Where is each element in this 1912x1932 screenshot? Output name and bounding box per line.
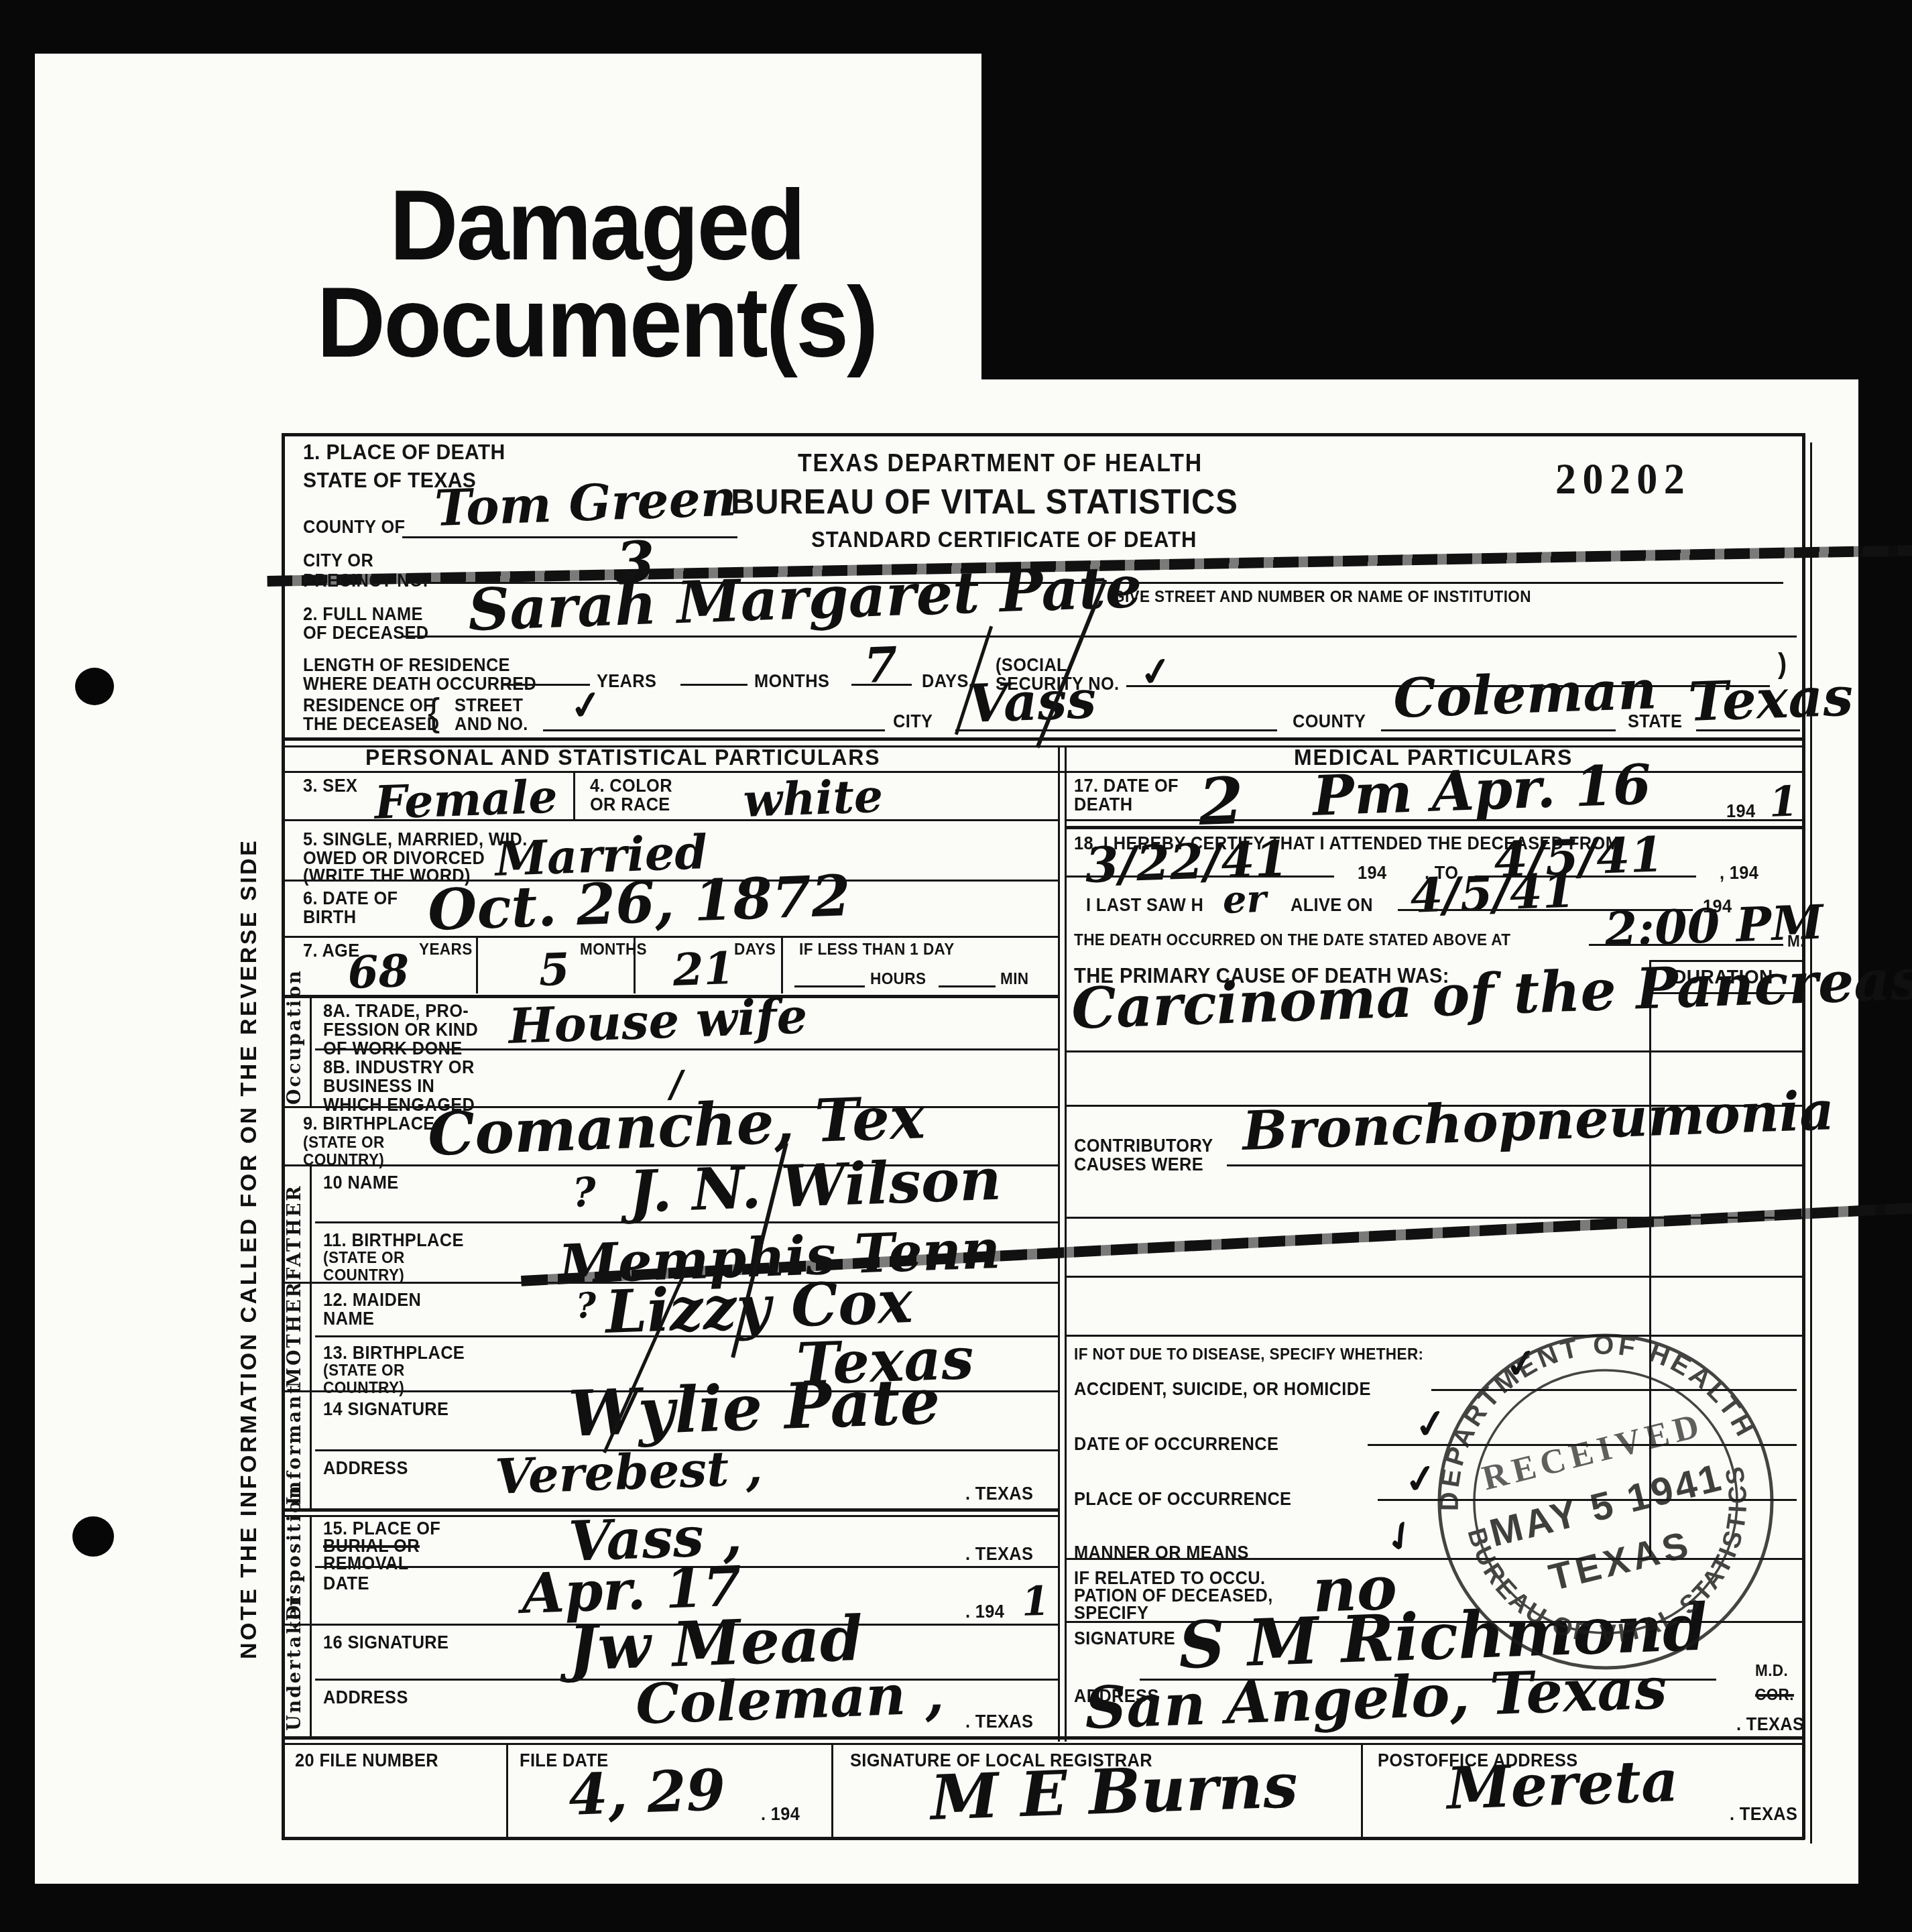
label-addr-texas: . TEXAS [1736,1715,1804,1734]
label-sig: SIGNATURE [1074,1629,1175,1648]
hw-county2: Coleman [1392,658,1658,730]
label-of-deceased: OF DECEASED [303,623,428,643]
label-father-bp1: 11. BIRTHPLACE [323,1231,464,1250]
hw-age-days: 21 [672,942,735,996]
label-md: M.D. [1755,1663,1788,1679]
label-undertaker-addr: ADDRESS [323,1688,408,1707]
label-years: YEARS [597,672,656,691]
label-precinct-no: PRECINCT NO. [303,571,428,591]
label-sex: 3. SEX [303,776,357,796]
label-length-residence1: LENGTH OF RESIDENCE [303,656,510,675]
label-undertaker-sig: 16 SIGNATURE [323,1633,449,1652]
title-department: TEXAS DEPARTMENT OF HEALTH [798,450,1203,476]
label-days: DAYS. [922,672,973,691]
label-date-194: . 194 [965,1602,1004,1622]
label-dateocc: DATE OF OCCURRENCE [1074,1435,1278,1454]
divider-mother [310,1282,312,1390]
rule-min-blank [939,985,996,987]
group-father: FATHER [284,1173,305,1280]
label-residence-of: RESIDENCE OF [303,696,434,715]
label-length-residence2: WHERE DEATH OCCURRED [303,674,536,694]
label-if-less: IF LESS THAN 1 DAY [799,941,955,958]
label-informant-addr: ADDRESS [323,1459,408,1478]
label-burial-date: DATE [323,1574,369,1593]
rule-contrib-blank [1227,1164,1649,1166]
divider-age3 [781,937,783,993]
hw-dod: Pm Apr. 16 [1312,752,1653,829]
rule-dod-row1 [1066,819,1802,821]
damaged-line2: Document(s) [282,274,912,371]
margin-note: NOTE THE INFORMATION CALLED FOR ON THE R… [236,721,262,1659]
divider-disposition [310,1515,312,1624]
label-dod1: 17. DATE OF [1074,776,1179,796]
group-undertaker: Undertaker [284,1630,305,1731]
hw-file-date: 4, 29 [568,1756,727,1828]
form-border-bottom [282,1837,1805,1840]
rule-occurred-blank [1589,944,1783,946]
rule-bottom-band2 [282,1743,1805,1745]
label-lastsaw2: ALIVE ON [1291,896,1373,915]
divider-bottom2 [831,1743,833,1837]
label-contrib1: CONTRIBUTORY [1074,1136,1213,1156]
label-dod2: DEATH [1074,795,1132,814]
hw-date-year: 1 [1021,1578,1051,1626]
label-ifnot: IF NOT DUE TO DISEASE, SPECIFY WHETHER: [1074,1346,1423,1363]
check-street: ✓ [567,680,606,730]
label-street: STREET [455,696,523,715]
rule-months-blank [680,684,748,686]
label-city: CITY [893,712,933,731]
label-the-deceased: THE DECEASED [303,715,439,734]
hole-punch-bottom [72,1516,114,1557]
label-age-months: MONTHS [580,941,647,958]
label-min: MIN [1000,971,1028,987]
label-industry2: BUSINESS IN [323,1077,434,1096]
rule-state-blank [1696,729,1800,731]
group-occupation: Occupation [284,1004,305,1105]
certificate-number: 20202 [1555,456,1691,503]
divider-bottom1 [506,1743,508,1837]
rule-contrib-row [1066,1217,1802,1219]
divider-occupation [310,995,312,1106]
label-birthplace1: 9. BIRTHPLACE [303,1114,435,1134]
label-and-no: AND NO. [455,715,528,734]
label-industry1: 8B. INDUSTRY OR [323,1058,475,1077]
rule-days-blank [851,684,912,686]
label-mid-194: 194 [1358,863,1386,883]
rule-street-blank [543,729,885,731]
label-trade1: 8A. TRADE, PRO- [323,1002,469,1021]
label-cor: COR. [1755,1687,1794,1703]
rule-primary-blank [1066,1050,1649,1052]
label-county2: COUNTY [1293,712,1366,731]
label-informant-sig: 14 SIGNATURE [323,1400,449,1419]
label-age-years: YEARS [419,941,473,958]
title-bureau: BUREAU OF VITAL STATISTICS [731,484,1238,521]
label-birthplace2: (STATE OR [303,1134,385,1151]
label-dob1: 6. DATE OF [303,889,398,908]
label-occurred: THE DEATH OCCURRED ON THE DATE STATED AB… [1074,932,1510,949]
rule-blank-row1 [1066,1276,1802,1278]
divider-undertaker [310,1624,312,1736]
divider-age1 [476,937,478,993]
label-burial-texas: . TEXAS [965,1545,1033,1564]
group-mother: MOTHER [284,1287,305,1388]
label-file-194: . 194 [761,1805,800,1824]
hw-postoffice: Mereta [1445,1747,1679,1823]
rule-from-blank [1066,876,1334,878]
label-informant-texas: . TEXAS [965,1484,1033,1504]
label-lastsaw1: I LAST SAW H [1086,896,1203,915]
label-burial3: REMOVAL [323,1554,409,1573]
rule-county2-blank [1381,729,1616,731]
label-place-of-death: 1. PLACE OF DEATH [303,441,505,464]
hw-lastsaw-date: 4/5/41 [1409,862,1576,924]
brace: { [428,692,440,733]
hw-state: Texas [1687,664,1854,733]
label-color2: OR RACE [590,795,670,814]
label-hours: HOURS [870,971,926,987]
label-months: MONTHS [754,672,829,691]
label-dod-194: 194 [1726,802,1755,821]
rule-duration-l2 [1649,1164,1802,1166]
label-file-number: 20 FILE NUMBER [295,1751,438,1770]
hw-maiden-q: ? [575,1285,597,1327]
divider-bottom3 [1361,1743,1363,1837]
label-mother-bp3: COUNTRY) [323,1380,404,1396]
label-postoffice-texas: . TEXAS [1730,1805,1797,1824]
divider-age2 [634,937,636,993]
label-mother-bp1: 13. BIRTHPLACE [323,1343,465,1363]
divider-informant [310,1390,312,1510]
title-standard-cert: STANDARD CERTIFICATE OF DEATH [811,528,1197,552]
rule-dob-row [282,936,1058,938]
divider-sex-color [573,772,575,819]
hw-registrar: M E Burns [929,1749,1299,1834]
rule-fullname [402,636,1797,638]
hw-father-q: ? [572,1169,597,1217]
divider-father [310,1164,312,1282]
label-father-bp2: (STATE OR [323,1250,405,1266]
label-county-of: COUNTY OF [303,518,405,537]
hw-city: Vass [967,669,1097,735]
hw-trade: House wife [507,987,809,1054]
label-end-194: , 194 [1720,863,1758,883]
label-placeocc: PLACE OF OCCURRENCE [1074,1490,1291,1509]
rule-city-blank [955,729,1277,731]
label-trade2: FESSION OR KIND [323,1020,478,1040]
label-related3: SPECIFY [1074,1604,1148,1623]
label-give-street: GIVE STREET AND NUMBER OR NAME OF INSTIT… [1113,589,1531,605]
damaged-banner: Damaged Document(s) [282,177,912,371]
check-ssn: ✓ [1137,647,1176,697]
label-maiden2: NAME [323,1309,374,1329]
form-border-top [282,433,1805,436]
label-maiden1: 12. MAIDEN [323,1290,421,1310]
label-accident: ACCIDENT, SUICIDE, OR HOMICIDE [1074,1380,1371,1399]
rule-sex-row [282,819,1058,821]
hw-age-months: 5 [538,943,571,996]
rule-duration-l1 [1649,1050,1802,1052]
damaged-line1: Damaged [282,177,912,274]
hw-county: Tom Green [434,469,737,538]
label-full-name: 2. FULL NAME [303,605,423,624]
hw-undertaker-addr: Coleman , [635,1662,945,1737]
section-personal: PERSONAL AND STATISTICAL PARTICULARS [365,745,880,770]
label-contrib2: CAUSES WERE [1074,1155,1203,1174]
label-father-name: 10 NAME [323,1173,399,1193]
label-mother-bp2: (STATE OR [323,1362,405,1379]
label-dob2: BIRTH [303,908,356,927]
rule-bottom-band1 [282,1736,1805,1740]
scanned-page: Damaged Document(s) NOTE THE INFORMATION… [0,0,1912,1932]
hw-father-name: J. N. Wilson [628,1146,1002,1226]
hole-punch-top [75,668,114,705]
label-undertaker-texas: . TEXAS [965,1712,1033,1732]
hw-age-years: 68 [347,945,410,999]
hw-informant-addr: Verebest , [494,1439,764,1505]
label-state: STATE [1628,712,1682,731]
rule-trade-row [315,1048,1058,1050]
label-m: M. [1787,933,1805,950]
hw-lastsaw-er: er [1222,877,1267,922]
rule-dod-row2 [1066,826,1802,829]
label-color1: 4. COLOR [590,776,672,796]
rule-county [402,536,737,538]
label-age-days: DAYS [734,941,776,958]
